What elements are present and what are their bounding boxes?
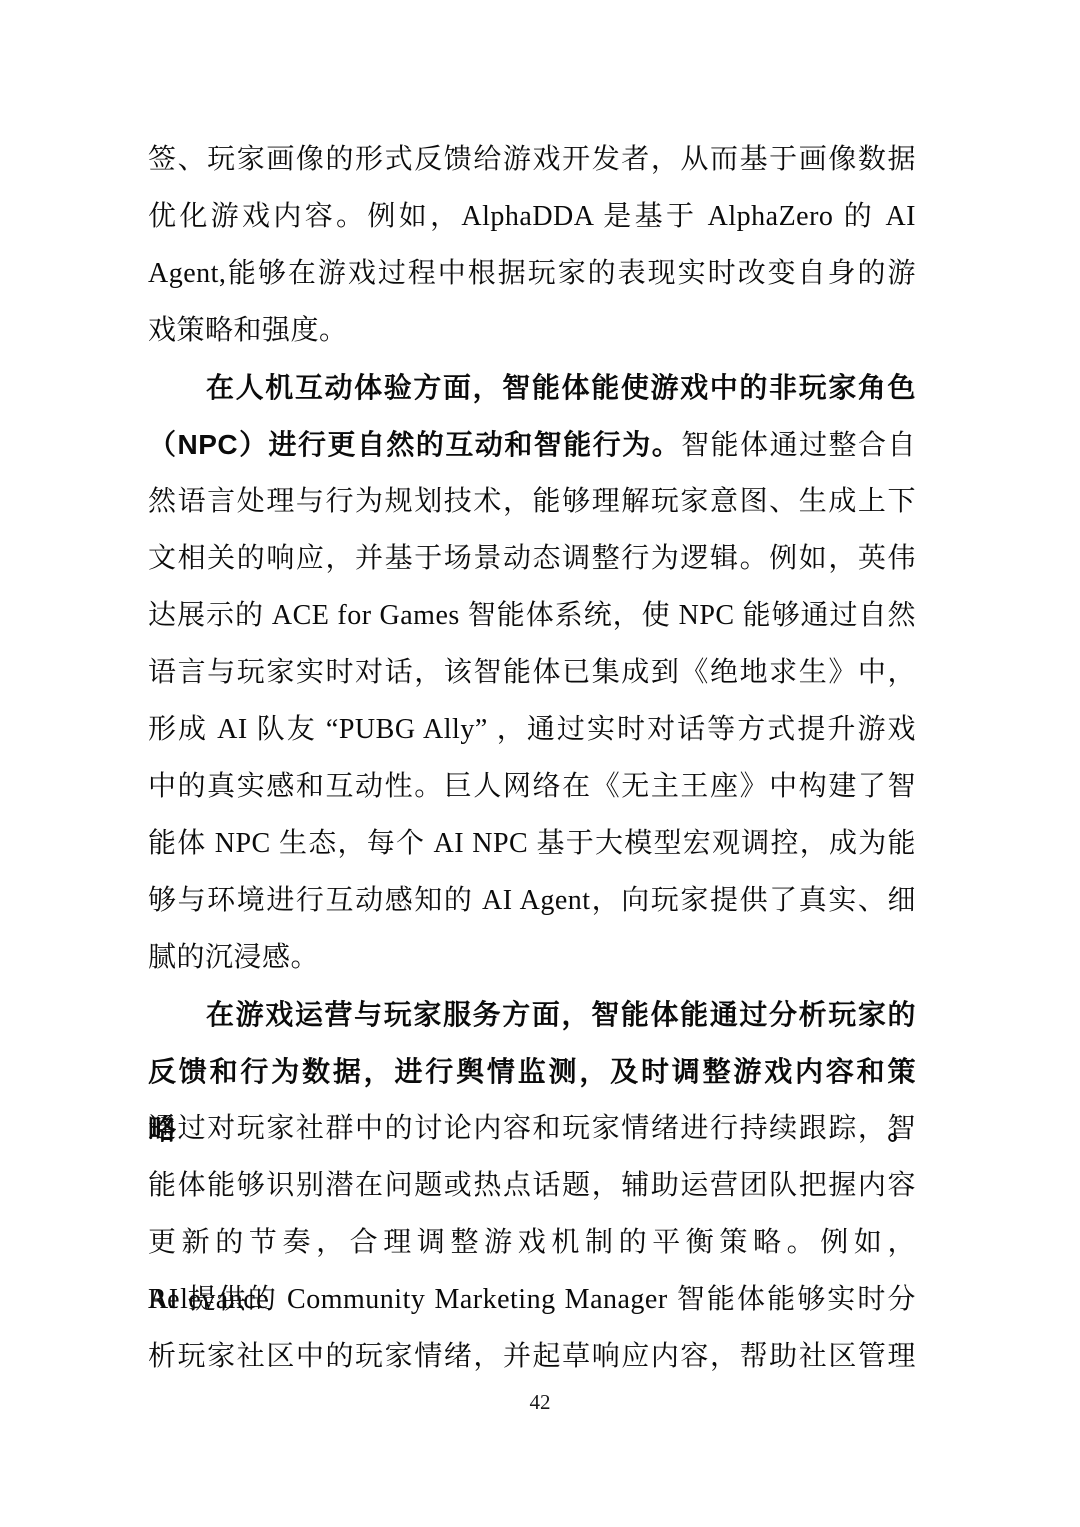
text-line: 优化游戏内容。例如，AlphaDDA 是基于 AlphaZero 的 AI xyxy=(148,188,916,245)
text-line: 戏策略和强度。 xyxy=(148,302,916,359)
text-line: 然语言处理与行为规划技术，能够理解玩家意图、生成上下 xyxy=(148,473,916,530)
bold-lead-text: （NPC）进行更自然的互动和智能行为。 xyxy=(148,429,681,460)
text-line: 够与环境进行互动感知的 AI Agent，向玩家提供了真实、细 xyxy=(148,872,916,929)
text-line: 能体能够识别潜在问题或热点话题，辅助运营团队把握内容 xyxy=(148,1157,916,1214)
text-line: 签、玩家画像的形式反馈给游戏开发者，从而基于画像数据 xyxy=(148,131,916,188)
text-line: 能体 NPC 生态，每个 AI NPC 基于大模型宏观调控，成为能 xyxy=(148,815,916,872)
text-line: 达展示的 ACE for Games 智能体系统，使 NPC 能够通过自然 xyxy=(148,587,916,644)
text-line: 形成 AI 队友 “PUBG Ally” ，通过实时对话等方式提升游戏 xyxy=(148,701,916,758)
text-line: 语言与玩家实时对话，该智能体已集成到《绝地求生》中， xyxy=(148,644,916,701)
bold-lead-text: 在游戏运营与玩家服务方面，智能体能通过分析玩家的 xyxy=(206,999,916,1030)
text-line: 更新的节奏，合理调整游戏机制的平衡策略。例如，Relevance xyxy=(148,1214,916,1271)
text-line: Agent,能够在游戏过程中根据玩家的表现实时改变自身的游 xyxy=(148,245,916,302)
text-line: 反馈和行为数据，进行舆情监测，及时调整游戏内容和策略。 xyxy=(148,1043,916,1100)
text-line: 在人机互动体验方面，智能体能使游戏中的非玩家角色 xyxy=(148,359,916,416)
text-line: 中的真实感和互动性。巨人网络在《无主王座》中构建了智 xyxy=(148,758,916,815)
text-line: 通过对玩家社群中的讨论内容和玩家情绪进行持续跟踪，智 xyxy=(148,1100,916,1157)
text-block: 签、玩家画像的形式反馈给游戏开发者，从而基于画像数据 优化游戏内容。例如，Alp… xyxy=(148,131,916,1385)
body-text: 智能体通过整合自 xyxy=(681,430,916,461)
text-line: 文相关的响应，并基于场景动态调整行为逻辑。例如，英伟 xyxy=(148,530,916,587)
text-line: 腻的沉浸感。 xyxy=(148,929,916,986)
text-line: （NPC）进行更自然的互动和智能行为。智能体通过整合自 xyxy=(148,416,916,473)
page-number: 42 xyxy=(0,1390,1080,1415)
text-line: 析玩家社区中的玩家情绪，并起草响应内容，帮助社区管理 xyxy=(148,1328,916,1385)
bold-lead-text: 在人机互动体验方面，智能体能使游戏中的非玩家角色 xyxy=(206,372,916,403)
text-line: AI 提供的 Community Marketing Manager 智能体能够… xyxy=(148,1271,916,1328)
text-line: 在游戏运营与玩家服务方面，智能体能通过分析玩家的 xyxy=(148,986,916,1043)
document-page: 签、玩家画像的形式反馈给游戏开发者，从而基于画像数据 优化游戏内容。例如，Alp… xyxy=(0,0,1080,1527)
